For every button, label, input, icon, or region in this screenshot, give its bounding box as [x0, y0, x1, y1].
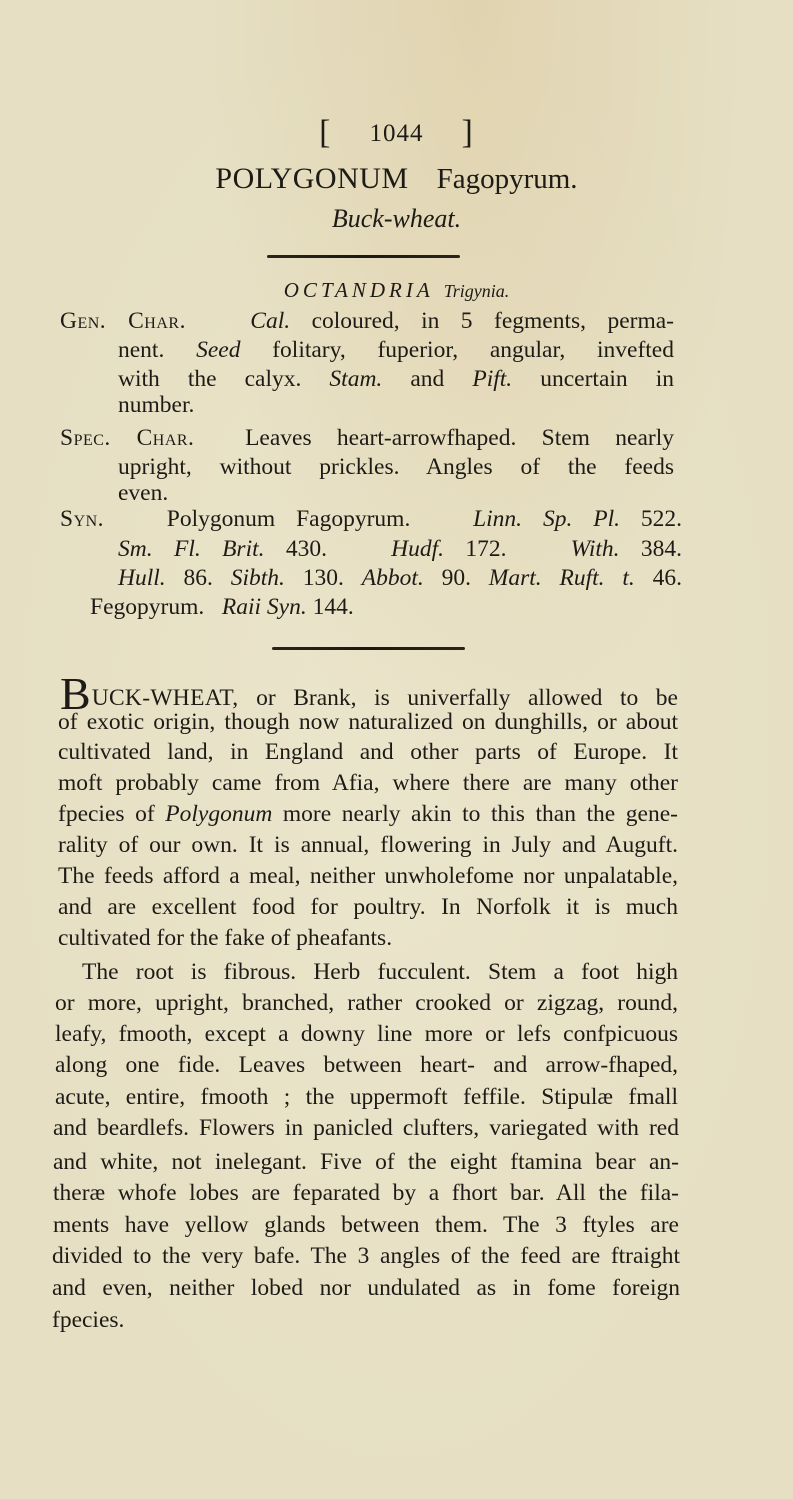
spec-char-line-3: even. [118, 479, 168, 507]
gen-char-line-2: nent. Seed folitary, fuperior, angular, … [118, 336, 674, 364]
syn-line-4: Fegopyrum. Raii Syn. 144. [90, 593, 354, 621]
p2-line-11: and even, neither lobed nor undulated as… [52, 1273, 680, 1304]
p1-line-4: moft probably came from Afia, where ther… [58, 768, 678, 799]
gen-char-line-4: number. [118, 391, 194, 419]
species-name: Fagopyrum. [437, 163, 578, 195]
gen-char-label: Gen. Char. [60, 308, 186, 334]
page-number: [1044] [0, 114, 793, 152]
class-name: OCTANDRIA [284, 278, 434, 302]
spec-char-line-1: Spec. Char. Leaves heart-arrowfhaped. St… [60, 424, 674, 452]
p1-line-9: cultivated for the fake of pheafants. [58, 923, 392, 954]
p2-line-7: and white, not inelegant. Five of the ei… [53, 1147, 679, 1178]
common-name: Buck-wheat. [0, 204, 793, 234]
genus-name: POLYGONUM [215, 162, 408, 195]
syn-line-1: Syn. Polygonum Fagopyrum. Linn. Sp. Pl. … [60, 505, 682, 533]
p2-line-8: theræ whofe lobes are feparated by a fho… [53, 1178, 679, 1209]
syn-line-3: Hull. 86. Sibth. 130. Abbot. 90. Mart. R… [118, 564, 682, 592]
p2-line-2: or more, upright, branched, rather crook… [55, 988, 678, 1019]
page-number-value: 1044 [370, 120, 424, 147]
gen-char-line-3: with the calyx. Stam. and Pift. uncertai… [118, 365, 674, 393]
p2-line-3: leafy, fmooth, except a downy line more … [55, 1019, 678, 1050]
syn-label: Syn. [60, 506, 104, 532]
p2-line-1: The root is fibrous. Herb fucculent. Ste… [82, 957, 678, 988]
bracket-close: ] [462, 114, 474, 151]
syn-line-2: Sm. Fl. Brit. 430. Hudf. 172. With. 384. [118, 535, 682, 563]
spec-char-line-2: upright, without prickles. Angles of the… [118, 453, 674, 481]
classification: OCTANDRIATrigynia. [0, 278, 793, 303]
p2-line-6: and beardlefs. Flowers in panicled cluft… [53, 1113, 679, 1144]
p1-line-6: rality of our own. It is annual, floweri… [58, 830, 678, 861]
page-title: POLYGONUMFagopyrum. [0, 162, 793, 196]
p1-line-2: of exotic origin, though now naturalized… [58, 707, 678, 738]
title-divider [267, 255, 460, 258]
spec-char-label: Spec. Char. [60, 425, 194, 451]
book-page: [1044] POLYGONUMFagopyrum. Buck-wheat. O… [0, 0, 793, 1499]
p2-line-12: fpecies. [52, 1305, 124, 1336]
p1-line-5: fpecies of Polygonum more nearly akin to… [58, 799, 678, 830]
section-divider [272, 647, 465, 650]
p2-line-4: along one fide. Leaves between heart- an… [55, 1050, 678, 1081]
order-name: Trigynia. [444, 281, 510, 301]
p1-line-8: and are excellent food for poultry. In N… [58, 892, 678, 923]
p2-line-5: acute, entire, fmooth ; the uppermoft fe… [55, 1082, 678, 1113]
bracket-open: [ [319, 114, 331, 151]
gen-char-line-1: Gen. Char. Cal. coloured, in 5 fegments,… [60, 307, 674, 335]
p2-line-9: ments have yellow glands between them. T… [53, 1210, 679, 1241]
p1-line-7: The feeds afford a meal, neither unwhole… [58, 861, 678, 892]
p2-line-10: divided to the very bafe. The 3 angles o… [52, 1241, 680, 1272]
p1-line-3: cultivated land, in England and other pa… [58, 737, 678, 768]
